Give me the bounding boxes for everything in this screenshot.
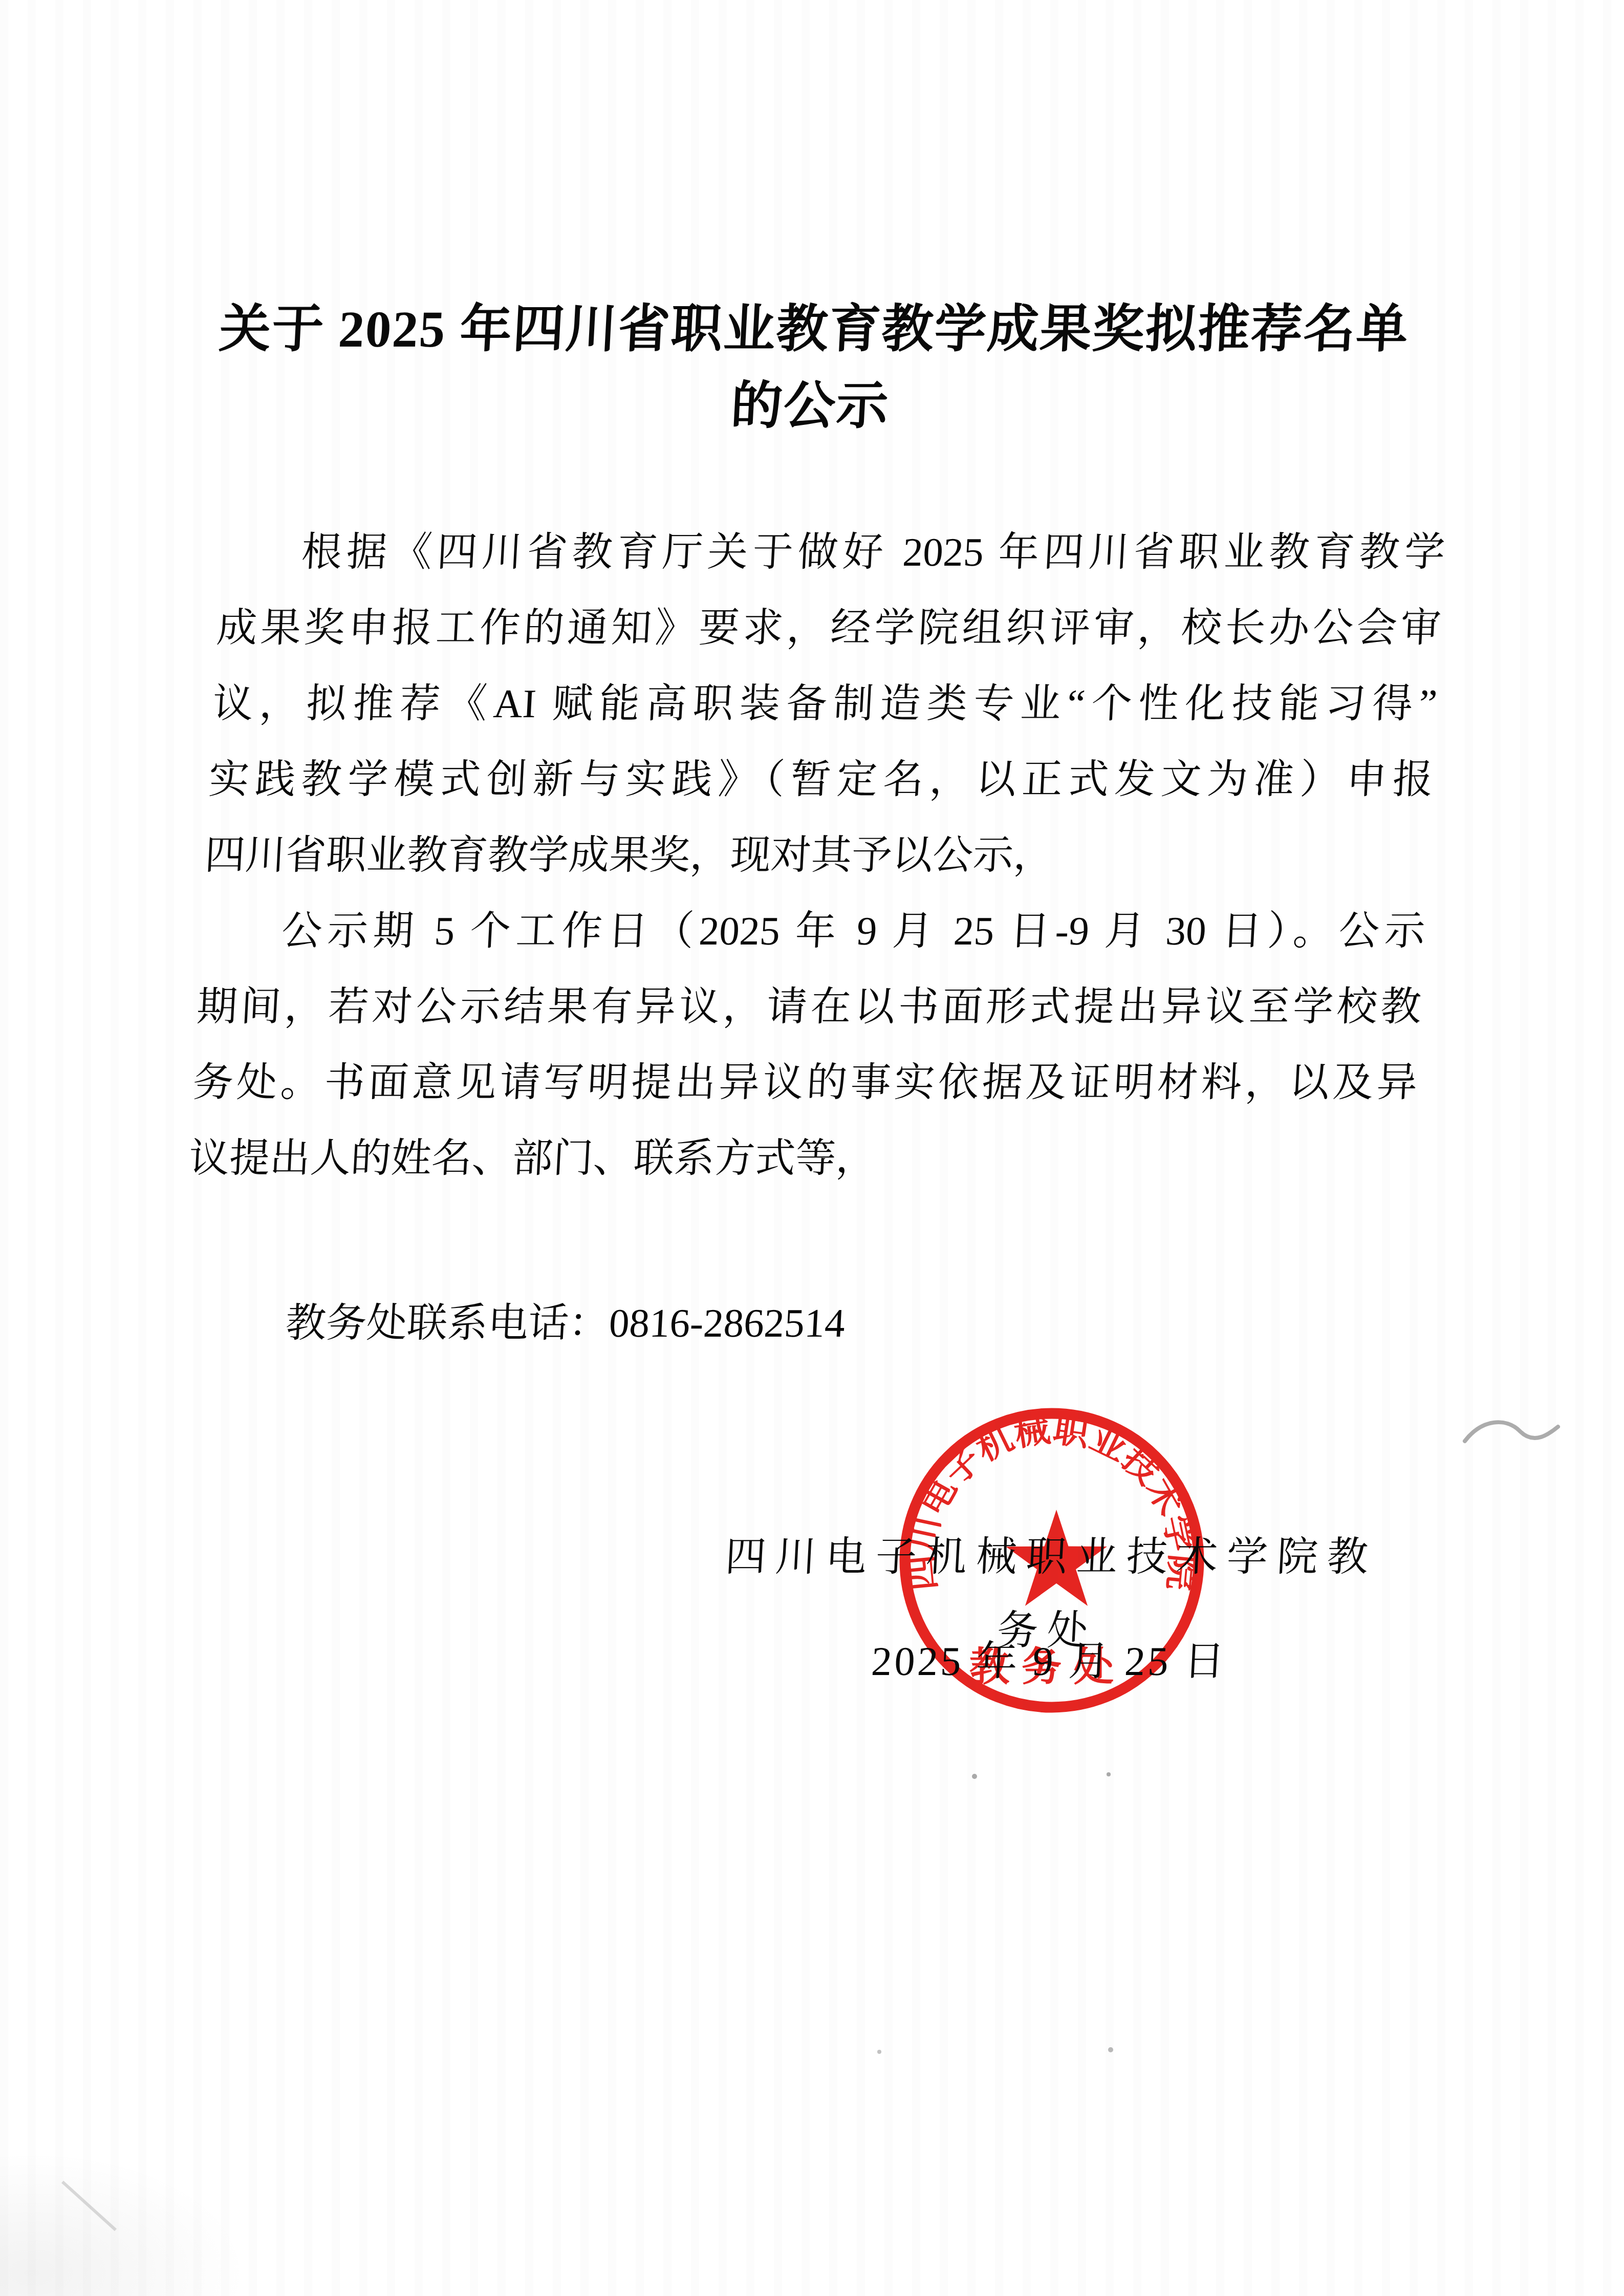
scan-artifact-speck [972, 1774, 977, 1779]
scan-artifact-speck [1108, 2047, 1113, 2052]
title-line-2: 的公示 [0, 368, 1624, 444]
body-line: 公示期 5 个工作日（2025 年 9 月 25 日-9 月 30 日）。公示 [199, 894, 1427, 970]
body-line: 根据《四川省教育厅关于做好 2025 年四川省职业教育教学 [219, 515, 1447, 591]
notice-body: 根据《四川省教育厅关于做好 2025 年四川省职业教育教学 成果奖申报工作的通知… [187, 515, 1447, 1197]
signature-date: 2025 年 9 月 25 日 [699, 1626, 1399, 1698]
body-line: 议提出人的姓名、部门、联系方式等， [187, 1121, 1415, 1197]
scan-artifact-speck [1107, 1772, 1111, 1776]
body-line: 成果奖申报工作的通知》要求，经学院组织评审，校长办公会审 [214, 591, 1443, 667]
scanned-notice-page: 四川电子机械职业技术学院 教务处 关于 2025 年四川省职业教育教学成果奖拟推… [0, 0, 1624, 2296]
scan-shading [0, 2140, 266, 2296]
scan-artifact-squiggle [1465, 1422, 1558, 1441]
paragraph-2: 公示期 5 个工作日（2025 年 9 月 25 日-9 月 30 日）。公示 … [187, 894, 1427, 1197]
notice-title: 关于 2025 年四川省职业教育教学成果奖拟推荐名单 的公示 [0, 291, 1624, 444]
scan-artifact-speck [877, 2050, 881, 2054]
body-line: 期间，若对公示结果有异议，请在以书面形式提出异议至学校教 [195, 970, 1423, 1045]
title-line-1: 关于 2025 年四川省职业教育教学成果奖拟推荐名单 [0, 291, 1624, 368]
body-line: 四川省职业教育教学成果奖，现对其予以公示， [203, 818, 1431, 894]
paragraph-1: 根据《四川省教育厅关于做好 2025 年四川省职业教育教学 成果奖申报工作的通知… [203, 515, 1447, 894]
body-line: 实践教学模式创新与实践》（暂定名，以正式发文为准）申报 [207, 742, 1435, 818]
body-line: 务处。书面意见请写明提出异议的事实依据及证明材料，以及异 [191, 1045, 1419, 1121]
body-line: 议，拟推荐《AI 赋能高职装备制造类专业“个性化技能习得” [211, 667, 1439, 742]
contact-line: 教务处联系电话：0816-2862514 [203, 1286, 1431, 1362]
